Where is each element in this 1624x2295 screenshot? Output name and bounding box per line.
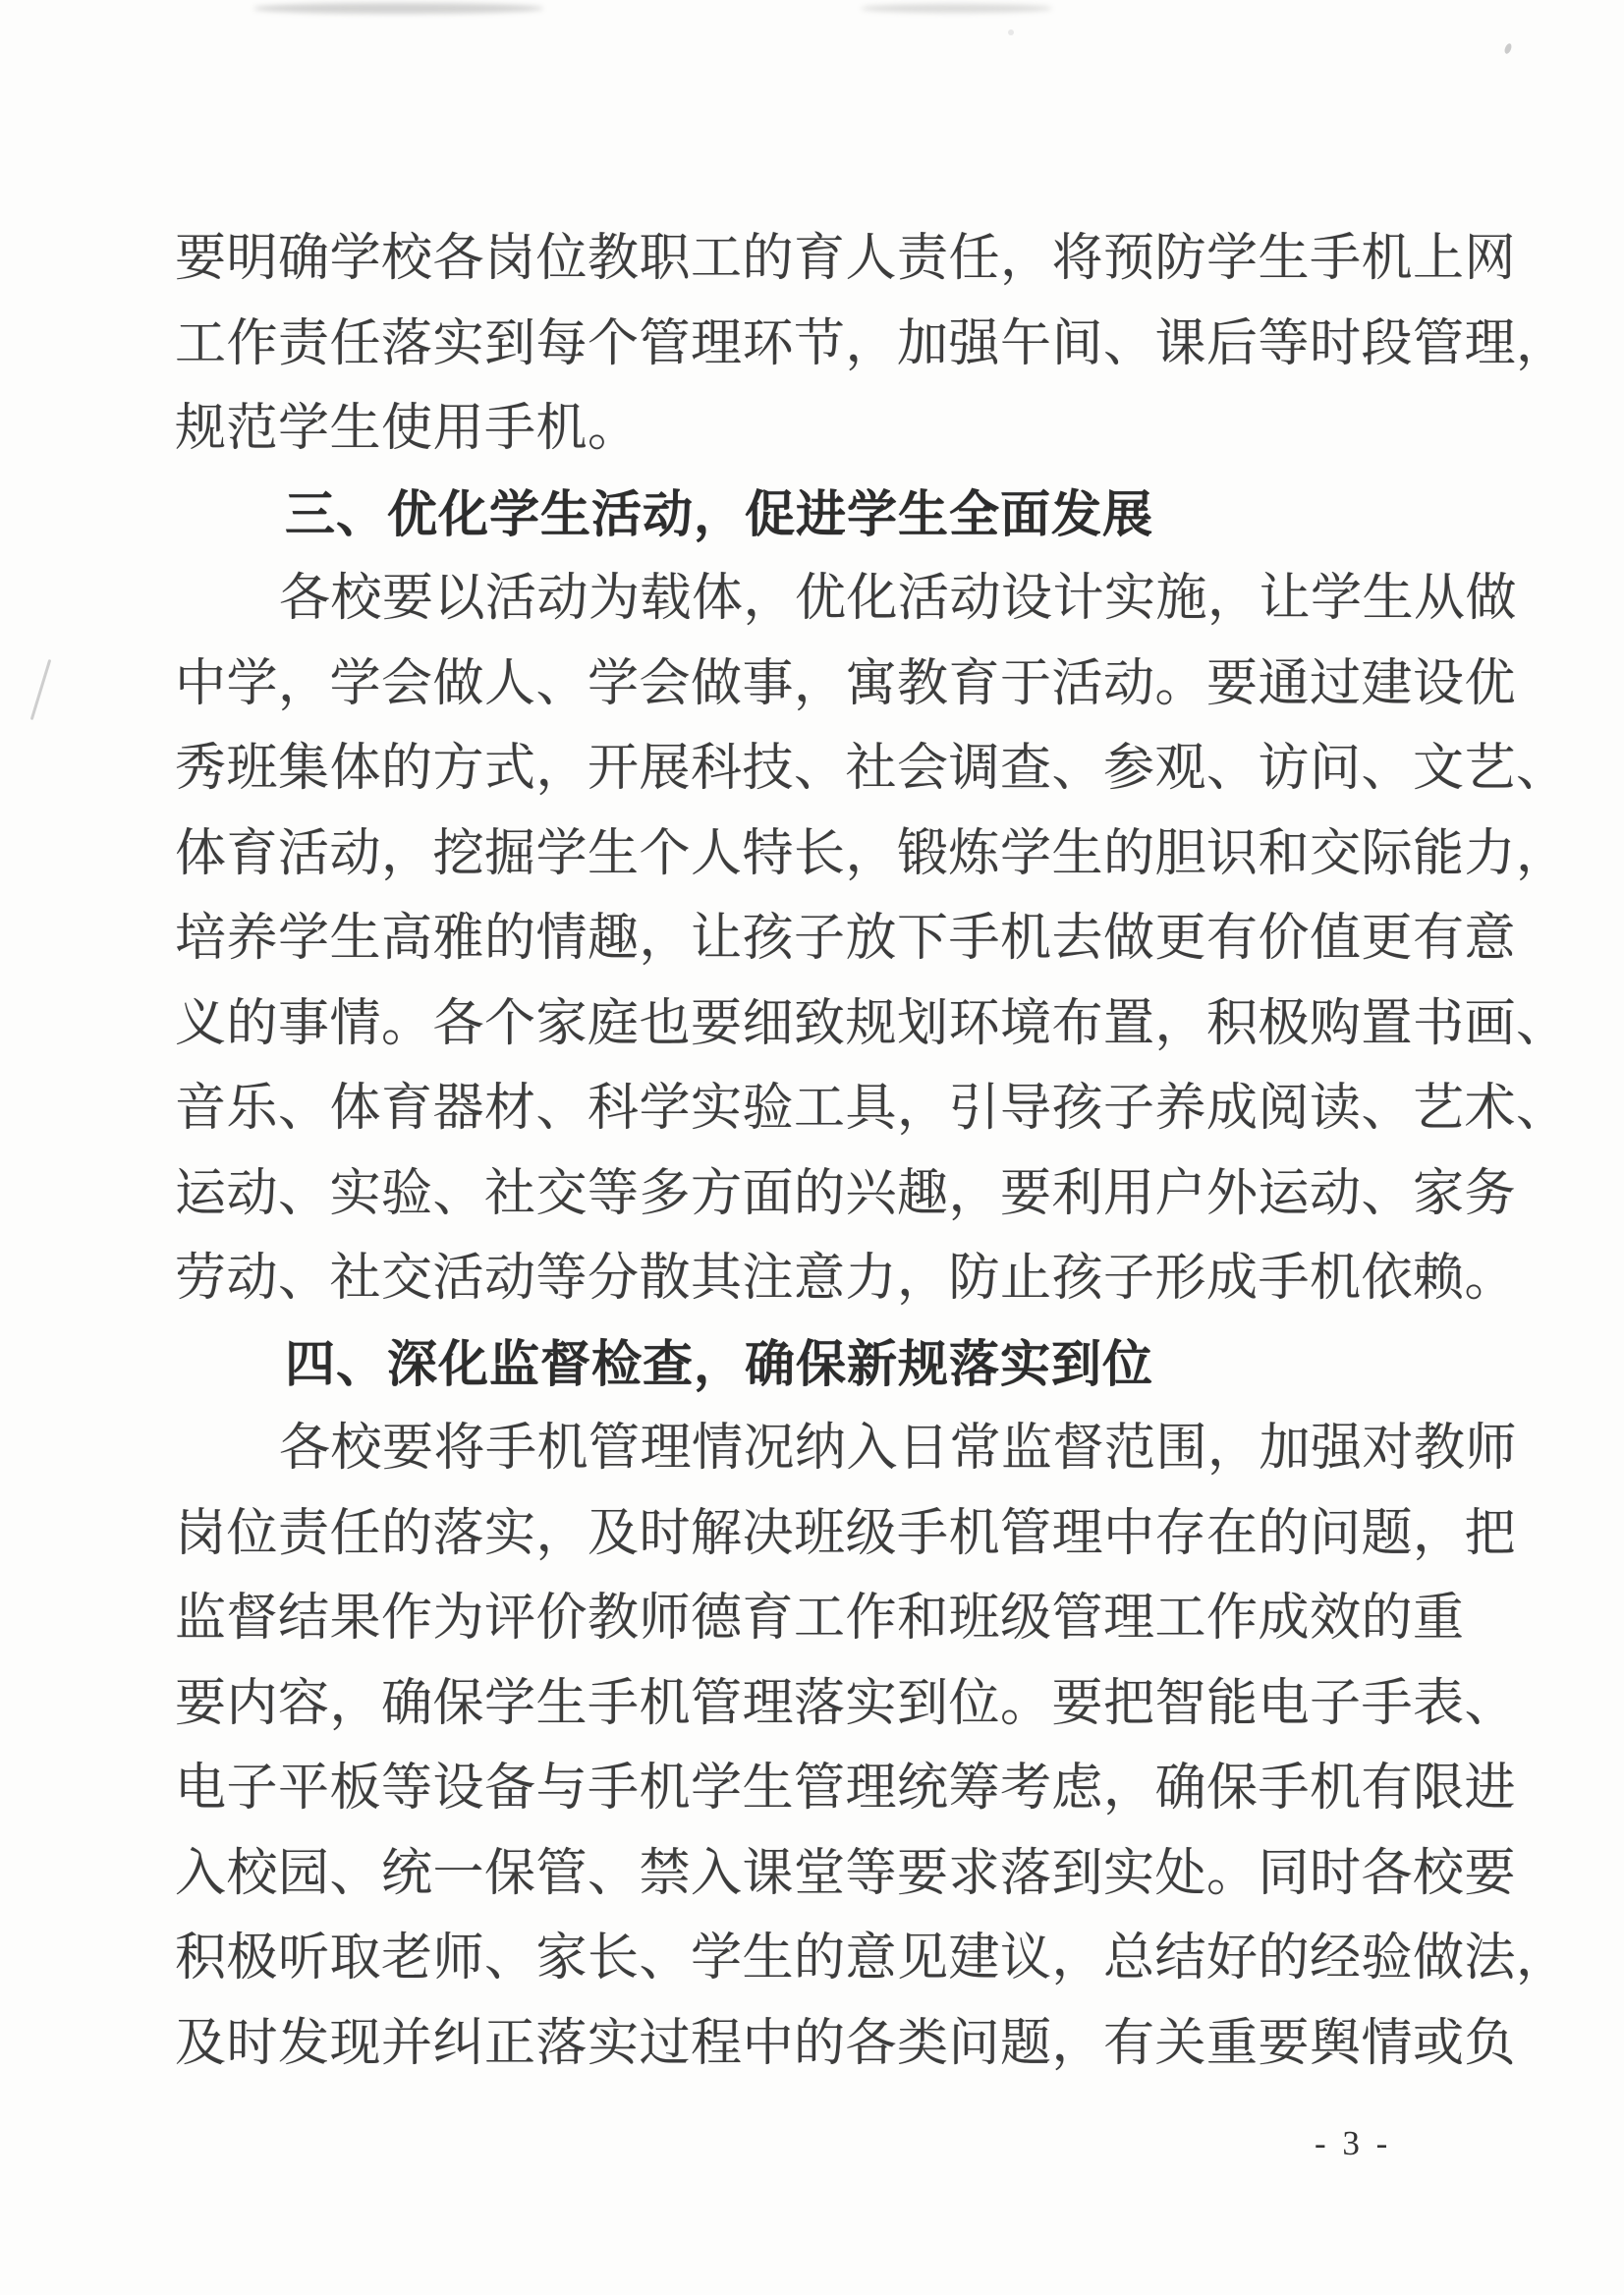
text-line: 入校园、统一保管、禁入课堂等要求落到实处。同时各校要 [175,1832,1472,1918]
text-line: 培养学生高雅的情趣，让孩子放下手机去做更有价值更有意 [175,897,1472,982]
document-body: 要明确学校各岗位教职工的育人责任，将预防学生手机上网 工作责任落实到每个管理环节… [175,217,1472,2087]
text-line: 电子平板等设备与手机学生管理统筹考虑，确保手机有限进 [175,1747,1472,1832]
text-line: 音乐、体育器材、科学实验工具，引导孩子养成阅读、艺术、 [175,1067,1472,1152]
text-line: 监督结果作为评价教师德育工作和班级管理工作成效的重 [175,1577,1472,1662]
scan-speck [1503,42,1513,54]
text-line: 要内容，确保学生手机管理落实到位。要把智能电子手表、 [175,1662,1472,1748]
scan-smudge [253,3,543,14]
text-line: 秀班集体的方式，开展科技、社会调查、参观、访问、文艺、 [175,727,1472,812]
text-line: 劳动、社交活动等分散其注意力，防止孩子形成手机依赖。 [175,1237,1472,1322]
document-page: 要明确学校各岗位教职工的育人责任，将预防学生手机上网 工作责任落实到每个管理环节… [0,0,1624,2295]
text-line: 义的事情。各个家庭也要细致规划环境布置，积极购置书画、 [175,982,1472,1068]
text-line: 各校要将手机管理情况纳入日常监督范围，加强对教师 [175,1407,1472,1492]
text-line: 中学，学会做人、学会做事，寓教育于活动。要通过建设优 [175,643,1472,728]
text-line: 各校要以活动为载体，优化活动设计实施，让学生从做 [175,557,1472,643]
text-line: 岗位责任的落实，及时解决班级手机管理中存在的问题，把 [175,1492,1472,1578]
scan-speck [1008,29,1014,35]
text-line: 及时发现并纠正落实过程中的各类问题，有关重要舆情或负 [175,2002,1472,2088]
text-line: 要明确学校各岗位教职工的育人责任，将预防学生手机上网 [175,217,1472,303]
section-heading-4: 四、深化监督检查，确保新规落实到位 [175,1322,1472,1408]
text-line: 规范学生使用手机。 [175,387,1472,473]
text-line: 运动、实验、社交等多方面的兴趣，要利用户外运动、家务 [175,1152,1472,1238]
section-heading-3: 三、优化学生活动，促进学生全面发展 [175,473,1472,558]
text-line: 体育活动，挖掘学生个人特长，锻炼学生的胆识和交际能力， [175,812,1472,898]
scan-mark [30,659,52,720]
page-number: - 3 - [1315,2124,1391,2163]
scan-smudge [861,4,1052,13]
text-line: 积极听取老师、家长、学生的意见建议，总结好的经验做法， [175,1917,1472,2002]
text-line: 工作责任落实到每个管理环节，加强午间、课后等时段管理， [175,303,1472,388]
